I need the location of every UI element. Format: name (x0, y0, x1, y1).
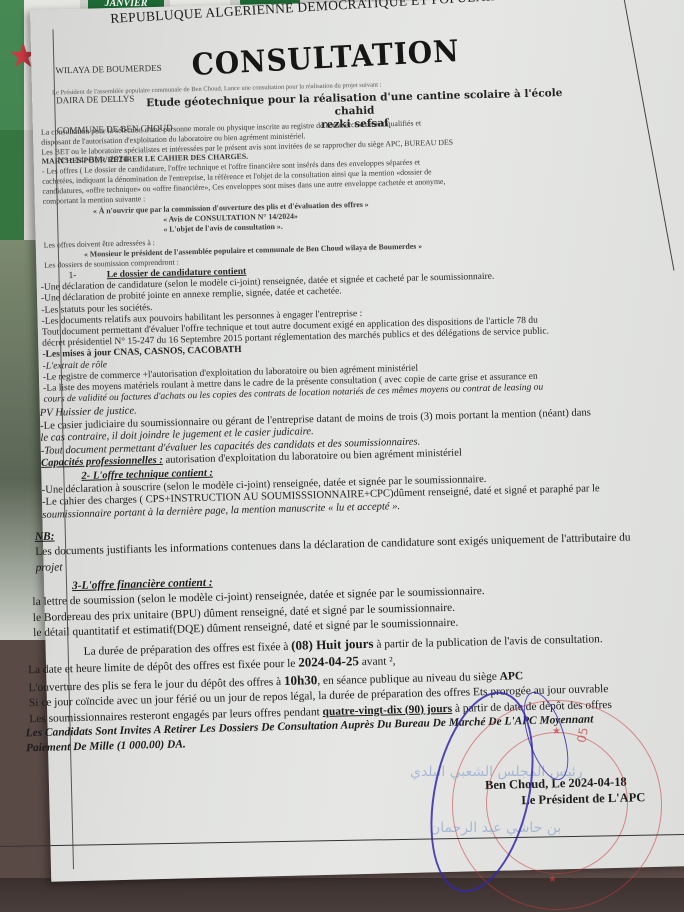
wilaya: WILAYA DE BOUMERDES (55, 63, 171, 76)
document-title: CONSULTATION (191, 34, 460, 83)
section-candidature-cont: PV Huissier de justice. -Le casier judic… (40, 394, 592, 470)
nb-note: NB: Les documents justifiants les inform… (35, 515, 631, 576)
eligibility-paragraph: La consultation pour la sélection d'une … (41, 118, 454, 206)
envelope-mentions: « À n'ouvrir que par la commission d'ouv… (43, 199, 423, 271)
capacities-label: Capacités professionnelles : (41, 455, 163, 469)
section-candidature: 1- Le dossier de candidature contient -U… (40, 259, 550, 406)
section-financial-offer: 3-L'offre financière contient : la lettr… (32, 569, 486, 642)
frame-border (619, 0, 674, 271)
stamp-star-icon: ★ (548, 874, 557, 885)
stamp-number: 05 (574, 726, 590, 743)
